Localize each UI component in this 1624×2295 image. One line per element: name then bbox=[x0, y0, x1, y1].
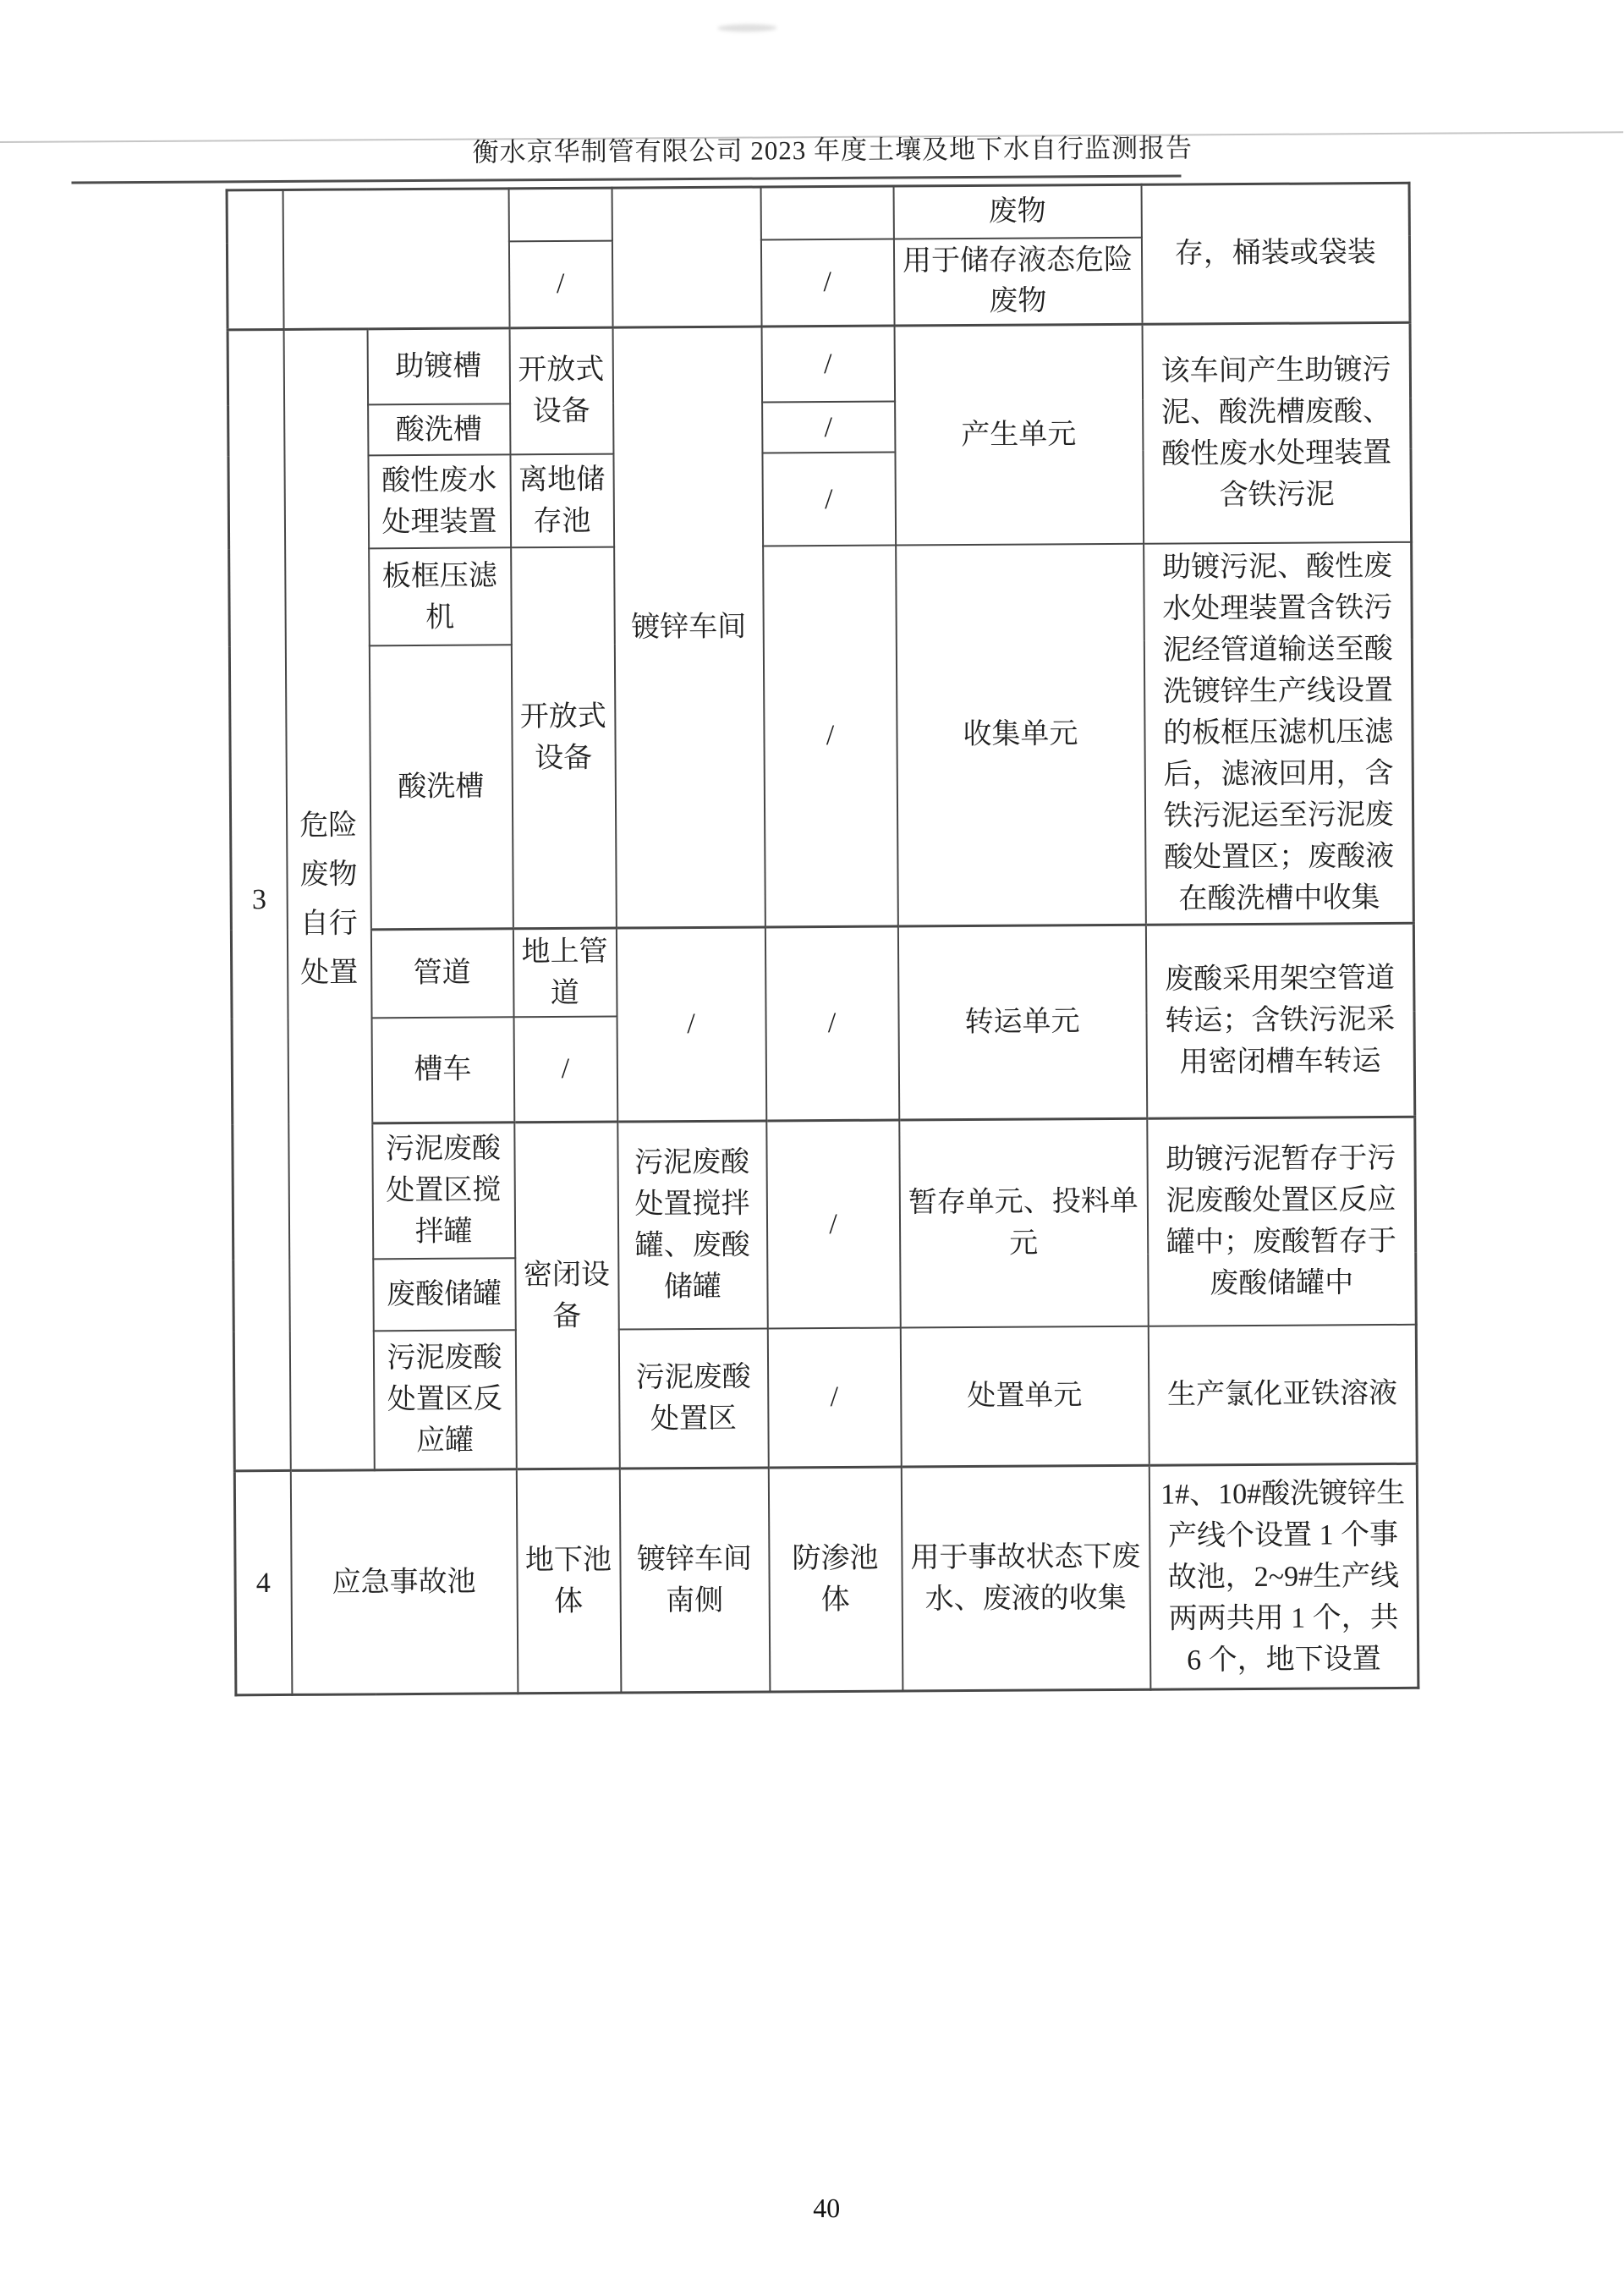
cell-function: 转运单元 bbox=[897, 925, 1146, 1120]
cell-empty bbox=[283, 189, 509, 329]
cell-facility: 板框压滤 机 bbox=[369, 547, 512, 645]
row3-sub-8: 污泥废酸 处置区搅 拌罐 密闭设 备 污泥废酸 处置搅拌 罐、废酸 储罐 / 暂… bbox=[233, 1117, 1416, 1260]
row3-sub-10: 污泥废酸 处置区反 应罐 污泥废酸 处置区 / 处置单元 生产氯化亚铁溶液 bbox=[233, 1324, 1417, 1471]
cell-location: / bbox=[616, 926, 765, 1122]
cell-remark: 助镀污泥暂存于污 泥废酸处置区反应 罐中；废酸暂存于 废酸储罐中 bbox=[1147, 1117, 1416, 1326]
cell-seepage: / bbox=[761, 326, 895, 403]
report-page: 衡水京华制管有限公司 2023 年度土壤及地下水自行监测报告 废物 存，桶装或袋… bbox=[0, 0, 1624, 2295]
cell-facility: 污泥废酸 处置区反 应罐 bbox=[373, 1330, 516, 1470]
cell-remark: 助镀污泥、酸性废 水处理装置含铁污 泥经管道输送至酸 洗镀锌生产线设置 的板框压… bbox=[1144, 542, 1414, 925]
cell-function: 废物 bbox=[893, 184, 1141, 239]
cell-function: 用于储存液态危险 废物 bbox=[893, 237, 1142, 325]
carryover-row-1: 废物 存，桶装或袋装 bbox=[227, 183, 1409, 243]
row3-sub-6: 管道 地上管 道 / / 转运单元 废酸采用架空管道 转运；含铁污泥采 用密闭槽… bbox=[231, 923, 1414, 1018]
cell-row-index: 4 bbox=[234, 1470, 292, 1694]
cell-equipment: 开放式 设备 bbox=[511, 547, 617, 929]
cell-location: 污泥废酸 处置区 bbox=[618, 1328, 768, 1469]
page-header-title: 衡水京华制管有限公司 2023 年度土壤及地下水自行监测报告 bbox=[325, 125, 1340, 169]
cell-facility: 废酸储罐 bbox=[373, 1258, 516, 1331]
row3-sub-1: 3 危险 废物 自行 处置 助镀槽 开放式 设备 镀锌车间 / 产生单元 该车间… bbox=[228, 322, 1411, 406]
cell-seepage: / bbox=[767, 1327, 901, 1468]
cell-location: 污泥废酸 处置搅拌 罐、废酸 储罐 bbox=[617, 1121, 767, 1329]
cell-seepage: / bbox=[765, 926, 898, 1121]
waste-disposal-table: 废物 存，桶装或袋装 / / 用于储存液态危险 废物 3 危险 废物 自行 处置… bbox=[226, 182, 1420, 1697]
cell-function: 处置单元 bbox=[900, 1326, 1149, 1467]
cell-equipment: 地下池 体 bbox=[516, 1469, 621, 1694]
cell-equipment: 密闭设 备 bbox=[514, 1122, 620, 1469]
cell-equipment: 离地储 存池 bbox=[510, 454, 614, 548]
cell-location: 镀锌车间 bbox=[612, 327, 765, 928]
cell-seepage: / bbox=[760, 239, 894, 326]
cell-empty bbox=[612, 187, 761, 327]
cell-remark: 存，桶装或袋装 bbox=[1141, 183, 1410, 323]
cell-seepage: 防渗池 体 bbox=[768, 1467, 903, 1692]
cell-function: 收集单元 bbox=[896, 544, 1146, 926]
cell-equipment: / bbox=[508, 240, 612, 327]
cell-location: 镀锌车间 南侧 bbox=[619, 1468, 770, 1693]
cell-function: 产生单元 bbox=[894, 324, 1144, 546]
cell-equipment: / bbox=[513, 1016, 617, 1123]
cell-facility: 槽车 bbox=[371, 1017, 514, 1123]
row3-sub-4: 板框压滤 机 开放式 设备 / 收集单元 助镀污泥、酸性废 水处理装置含铁污 泥… bbox=[229, 542, 1413, 647]
page-number: 40 bbox=[12, 2188, 1624, 2229]
cell-row-index: 3 bbox=[228, 329, 290, 1471]
cell-equipment: 开放式 设备 bbox=[509, 327, 613, 455]
header-rule-dark bbox=[71, 174, 1181, 184]
cell-remark: 生产氯化亚铁溶液 bbox=[1148, 1324, 1417, 1465]
cell-facility: 酸洗槽 bbox=[369, 645, 513, 929]
cell-facility: 酸性废水 处理装置 bbox=[368, 454, 511, 548]
scan-smudge bbox=[717, 24, 776, 31]
cell-remark: 1#、10#酸洗镀锌生 产线个设置 1 个事 故池，2~9#生产线 两两共用 1… bbox=[1149, 1463, 1418, 1689]
cell-facility: 助镀槽 bbox=[367, 327, 510, 404]
cell-seepage: / bbox=[762, 453, 896, 546]
cell-empty bbox=[227, 189, 283, 329]
cell-remark: 该车间产生助镀污 泥、酸洗槽废酸、 酸性废水处理装置 含铁污泥 bbox=[1142, 322, 1412, 544]
cell-seepage: / bbox=[762, 402, 895, 453]
cell-remark: 废酸采用架空管道 转运；含铁污泥采 用密闭槽车转运 bbox=[1145, 923, 1414, 1118]
cell-seepage: / bbox=[763, 546, 898, 927]
cell-facility: 污泥废酸 处置区搅 拌罐 bbox=[372, 1123, 515, 1259]
cell-empty bbox=[508, 188, 612, 241]
cell-category-name: 应急事故池 bbox=[290, 1469, 518, 1695]
scanned-content: 衡水京华制管有限公司 2023 年度土壤及地下水自行监测报告 废物 存，桶装或袋… bbox=[0, 0, 1624, 2295]
cell-seepage: / bbox=[766, 1120, 900, 1328]
cell-function: 用于事故状态下废 水、废液的收集 bbox=[901, 1465, 1150, 1691]
cell-facility: 管道 bbox=[370, 928, 513, 1018]
cell-empty bbox=[760, 186, 893, 239]
cell-category-name: 危险 废物 自行 处置 bbox=[283, 328, 374, 1470]
row4: 4 应急事故池 地下池 体 镀锌车间 南侧 防渗池 体 用于事故状态下废 水、废… bbox=[234, 1463, 1418, 1695]
cell-facility: 酸洗槽 bbox=[368, 404, 510, 455]
cell-equipment: 地上管 道 bbox=[513, 928, 617, 1017]
cell-function: 暂存单元、投料单 元 bbox=[899, 1118, 1148, 1327]
